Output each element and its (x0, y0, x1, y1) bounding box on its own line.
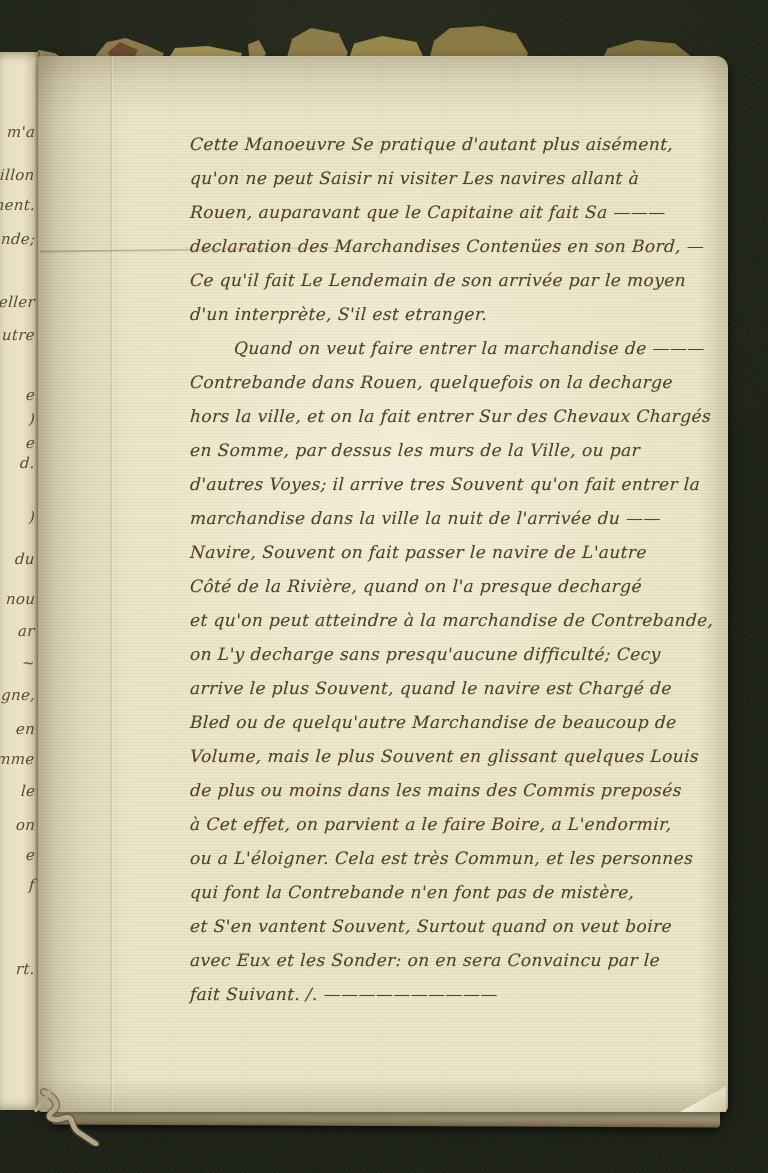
manuscript-page: Cette Manoeuvre Se pratique d'autant plu… (38, 56, 728, 1112)
manuscript-line: qu'on ne peut Saisir ni visiter Les navi… (189, 162, 736, 196)
manuscript-line: marchandise dans la ville la nuit de l'a… (189, 502, 736, 536)
left-page-text-fragment: nou (5, 590, 36, 608)
manuscript-line: de plus ou moins dans les mains des Comm… (189, 774, 736, 808)
manuscript-line: Ce qu'il fait Le Lendemain de son arrivé… (189, 264, 736, 298)
binding-thread (30, 1088, 120, 1146)
handwritten-text-block: Cette Manoeuvre Se pratique d'autant plu… (190, 128, 735, 1012)
previous-page-strip: m'a illon ement. nde; eller utre e ) e d… (0, 52, 40, 1110)
manuscript-line: en Somme, par dessus les murs de la Vill… (189, 434, 736, 468)
left-page-text-fragment: utre (1, 326, 35, 344)
folded-corner (680, 1086, 726, 1112)
left-page-text-fragment: illon (0, 166, 36, 184)
manuscript-line: Navire, Souvent on fait passer le navire… (189, 536, 736, 570)
manuscript-line: d'un interprète, S'il est etranger. (189, 298, 736, 332)
manuscript-line: et qu'on peut atteindre à la marchandise… (189, 604, 736, 638)
left-page-text-fragment: nde; (0, 230, 36, 248)
left-page-text-fragment: d. (19, 454, 35, 472)
manuscript-line: Cette Manoeuvre Se pratique d'autant plu… (189, 128, 736, 162)
left-page-text-fragment: e (25, 846, 35, 864)
left-page-text-fragment: eller (0, 293, 36, 311)
manuscript-line: et S'en vantent Souvent, Surtout quand o… (189, 910, 736, 944)
left-page-text-fragment: ) (28, 508, 35, 526)
left-page-text-fragment: du (14, 550, 35, 568)
manuscript-line: hors la ville, et on la fait entrer Sur … (189, 400, 736, 434)
manuscript-line: Contrebande dans Rouen, quelquefois on l… (189, 366, 736, 400)
left-page-text-fragment: ) (28, 410, 35, 428)
manuscript-line: declaration des Marchandises Contenües e… (189, 230, 736, 264)
manuscript-line: Bled ou de quelqu'autre Marchandise de b… (189, 706, 736, 740)
left-page-text-fragment: en (15, 720, 35, 738)
left-page-text-fragment: f (29, 876, 36, 894)
left-page-text-fragment: le (20, 782, 36, 800)
manuscript-line: Volume, mais le plus Souvent en glissant… (189, 740, 736, 774)
manuscript-line: on L'y decharge sans presqu'aucune diffi… (189, 638, 736, 672)
left-page-text-fragment: e (25, 386, 35, 404)
left-page-text-fragment: on (15, 816, 36, 834)
left-page-text-fragment: e (25, 434, 35, 452)
manuscript-line: qui font la Contrebande n'en font pas de… (189, 876, 736, 910)
left-page-text-fragment: ement. (0, 196, 36, 214)
manuscript-line: Quand on veut faire entrer la marchandis… (189, 332, 736, 366)
manuscript-line: avec Eux et les Sonder: on en sera Conva… (189, 944, 736, 978)
left-page-text-fragment: rt. (15, 960, 35, 978)
manuscript-line: ou a L'éloigner. Cela est très Commun, e… (189, 842, 736, 876)
vertical-fold-crease (110, 56, 113, 1112)
left-page-text-fragment: ar (18, 622, 36, 640)
manuscript-line: Rouen, auparavant que le Capitaine ait f… (189, 196, 736, 230)
manuscript-line: à Cet effet, on parvient a le faire Boir… (189, 808, 736, 842)
manuscript-line: arrive le plus Souvent, quand le navire … (189, 672, 736, 706)
manuscript-line: Côté de la Rivière, quand on l'a presque… (189, 570, 736, 604)
manuscript-line: fait Suivant. /. —————————— (189, 978, 736, 1012)
left-page-text-fragment: m'a (6, 123, 35, 141)
left-page-text-fragment: agne, (0, 686, 36, 704)
manuscript-line: d'autres Voyes; il arrive tres Souvent q… (189, 468, 736, 502)
left-page-text-fragment: omme (0, 750, 36, 768)
left-page-text-fragment: ~ (21, 654, 35, 672)
